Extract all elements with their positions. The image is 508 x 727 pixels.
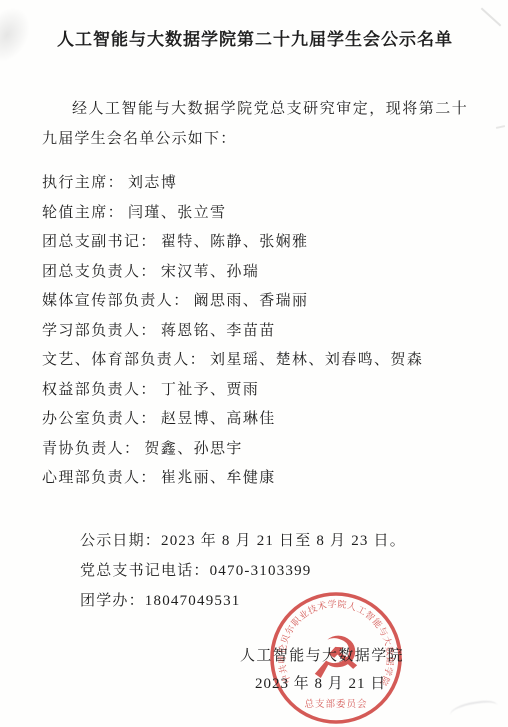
role-label: 权益部负责人： bbox=[42, 382, 157, 398]
scan-artifact-pencil-scribble bbox=[449, 699, 499, 724]
scan-artifact-topright-line bbox=[481, 8, 502, 27]
youth-league-office-line: 团学办：18047049531 bbox=[80, 586, 468, 616]
role-line-executive-chair: 执行主席：刘志博 bbox=[42, 169, 468, 199]
role-label: 办公室负责人： bbox=[42, 411, 157, 427]
role-names: 宋汉苇、孙瑞 bbox=[161, 264, 259, 280]
signature-organization: 人工智能与大数据学院 bbox=[42, 642, 468, 670]
role-line-rotating-chair: 轮值主席：闫瑾、张立雪 bbox=[42, 199, 468, 229]
role-line-league-deputy-secretary: 团总支副书记：翟特、陈静、张娴雅 bbox=[42, 228, 468, 258]
role-line-office: 办公室负责人：赵昱博、高琳佳 bbox=[42, 405, 468, 435]
role-names: 赵昱博、高琳佳 bbox=[161, 411, 276, 427]
role-names: 翟特、陈静、张娴雅 bbox=[161, 234, 309, 250]
document-title: 人工智能与大数据学院第二十九届学生会公示名单 bbox=[42, 28, 468, 52]
role-label: 文艺、体育部负责人： bbox=[42, 352, 206, 368]
role-names: 阚思雨、香瑞丽 bbox=[194, 293, 309, 309]
footer-block: 公示日期：2023 年 8 月 21 日至 8 月 23 日。 党总支书记电话：… bbox=[42, 526, 468, 616]
role-line-rights-dept: 权益部负责人：丁祉予、贾雨 bbox=[42, 376, 468, 406]
role-line-psychology-dept: 心理部负责人：崔兆丽、牟健康 bbox=[42, 464, 468, 494]
signature-date: 2023 年 8 月 21 日 bbox=[42, 670, 468, 698]
role-names: 刘星瑶、楚林、刘春鸣、贺森 bbox=[210, 352, 423, 368]
role-label: 团总支副书记： bbox=[42, 234, 157, 250]
role-line-league-lead: 团总支负责人：宋汉苇、孙瑞 bbox=[42, 258, 468, 288]
role-label: 心理部负责人： bbox=[42, 470, 157, 486]
role-line-media-publicity: 媒体宣传部负责人：阚思雨、香瑞丽 bbox=[42, 287, 468, 317]
scanned-document-page: 人工智能与大数据学院第二十九届学生会公示名单 经人工智能与大数据学院党总支研究审… bbox=[0, 0, 508, 727]
party-secretary-phone-line: 党总支书记电话：0470-3103399 bbox=[80, 556, 468, 586]
intro-paragraph: 经人工智能与大数据学院党总支研究审定，现将第二十九届学生会名单公示如下： bbox=[42, 94, 468, 154]
role-names: 崔兆丽、牟健康 bbox=[161, 470, 276, 486]
role-label: 媒体宣传部负责人： bbox=[42, 293, 190, 309]
seal-bottom-text: 总支部委员会 bbox=[304, 698, 367, 710]
role-names: 蒋恩铭、李苗苗 bbox=[161, 323, 276, 339]
signature-block: 人工智能与大数据学院 2023 年 8 月 21 日 bbox=[42, 642, 468, 698]
role-names: 贺鑫、孙思宇 bbox=[144, 441, 242, 457]
document-content: 人工智能与大数据学院第二十九届学生会公示名单 经人工智能与大数据学院党总支研究审… bbox=[0, 28, 508, 698]
role-line-youth-volunteers: 青协负责人：贺鑫、孙思宇 bbox=[42, 435, 468, 465]
role-label: 青协负责人： bbox=[42, 441, 140, 457]
role-names: 丁祉予、贾雨 bbox=[161, 382, 259, 398]
role-label: 执行主席： bbox=[42, 175, 124, 191]
roles-list: 执行主席：刘志博 轮值主席：闫瑾、张立雪 团总支副书记：翟特、陈静、张娴雅 团总… bbox=[42, 169, 468, 494]
role-line-study-dept: 学习部负责人：蒋恩铭、李苗苗 bbox=[42, 317, 468, 347]
role-label: 团总支负责人： bbox=[42, 264, 157, 280]
role-label: 轮值主席： bbox=[42, 205, 124, 221]
publicity-period-line: 公示日期：2023 年 8 月 21 日至 8 月 23 日。 bbox=[80, 526, 468, 556]
role-label: 学习部负责人： bbox=[42, 323, 157, 339]
role-line-arts-sports-dept: 文艺、体育部负责人：刘星瑶、楚林、刘春鸣、贺森 bbox=[42, 346, 468, 376]
role-names: 刘志博 bbox=[128, 175, 177, 191]
role-names: 闫瑾、张立雪 bbox=[128, 205, 226, 221]
